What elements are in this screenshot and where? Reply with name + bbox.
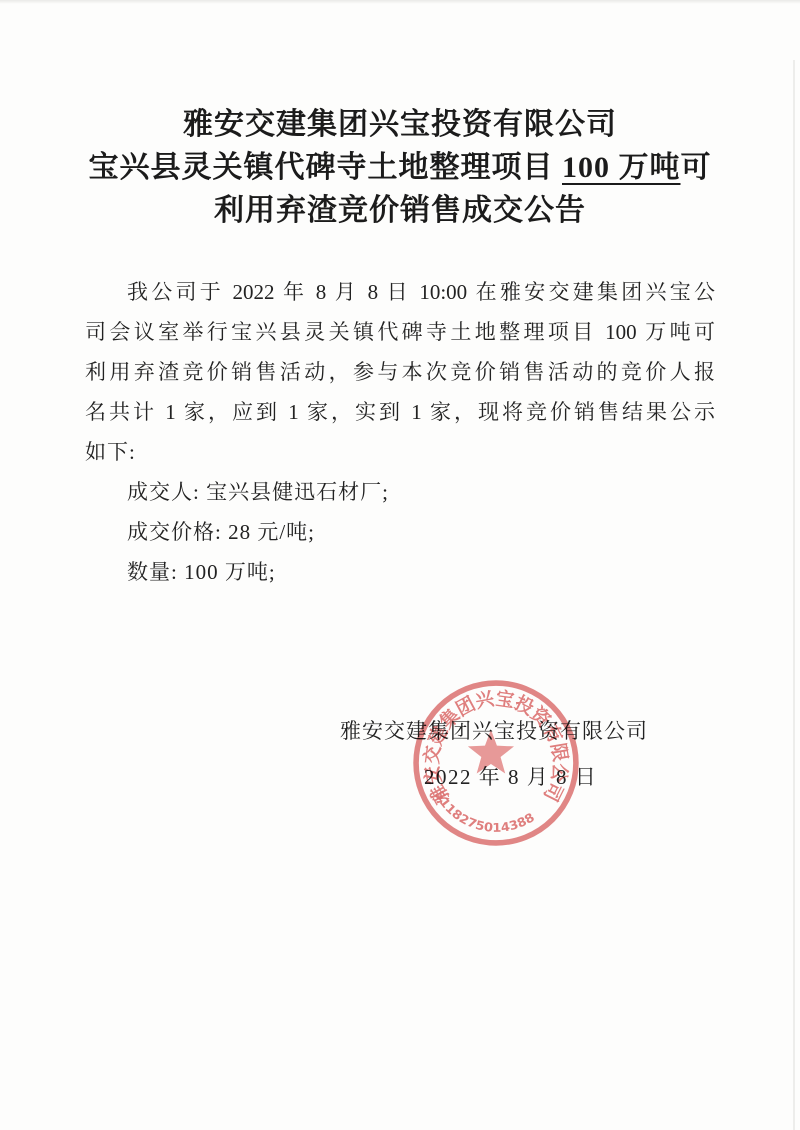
document-page: 雅安交建集团兴宝投资有限公司 宝兴县灵关镇代碑寺土地整理项目 100 万吨可 利… [0,0,800,1130]
signature-company-name: 雅安交建集团兴宝投资有限公司 [340,716,648,746]
signature-date: 2022 年 8 月 8 日 [424,762,597,792]
title-line-2-underlined-quantity: 100 万吨 [562,151,681,184]
title-line-2-prefix: 宝兴县灵关镇代碑寺土地整理项目 [89,151,563,184]
seal-number-container: 5118275014388 [432,788,537,835]
paragraph-line: 名共计 1 家，应到 1 家，实到 1 家，现将竞价销售结果公示 [85,392,715,432]
paragraph-line: 如下: [85,432,715,472]
document-title: 雅安交建集团兴宝投资有限公司 宝兴县灵关镇代碑寺土地整理项目 100 万吨可 利… [0,103,800,232]
paragraph-line: 我公司于 2022 年 8 月 8 日 10:00 在雅安交建集团兴宝公 [85,272,715,312]
paragraph-line: 利用弃渣竞价销售活动，参与本次竞价销售活动的竞价人报 [85,352,715,392]
paragraph-line: 司会议室举行宝兴县灵关镇代碑寺土地整理项目 100 万吨可 [85,312,715,352]
title-line-3: 利用弃渣竞价销售成交公告 [0,189,800,232]
title-line-2: 宝兴县灵关镇代碑寺土地整理项目 100 万吨可 [0,146,800,189]
title-line-1: 雅安交建集团兴宝投资有限公司 [0,103,800,146]
result-item-quantity: 数量: 100 万吨; [85,552,715,592]
seal-registration-number: 5118275014388 [432,788,537,835]
body-text: 我公司于 2022 年 8 月 8 日 10:00 在雅安交建集团兴宝公 司会议… [85,272,715,592]
scan-top-edge [0,0,800,4]
title-line-2-suffix: 可 [681,151,712,184]
result-item-price: 成交价格: 28 元/吨; [85,512,715,552]
result-item-winner: 成交人: 宝兴县健迅石材厂; [85,472,715,512]
